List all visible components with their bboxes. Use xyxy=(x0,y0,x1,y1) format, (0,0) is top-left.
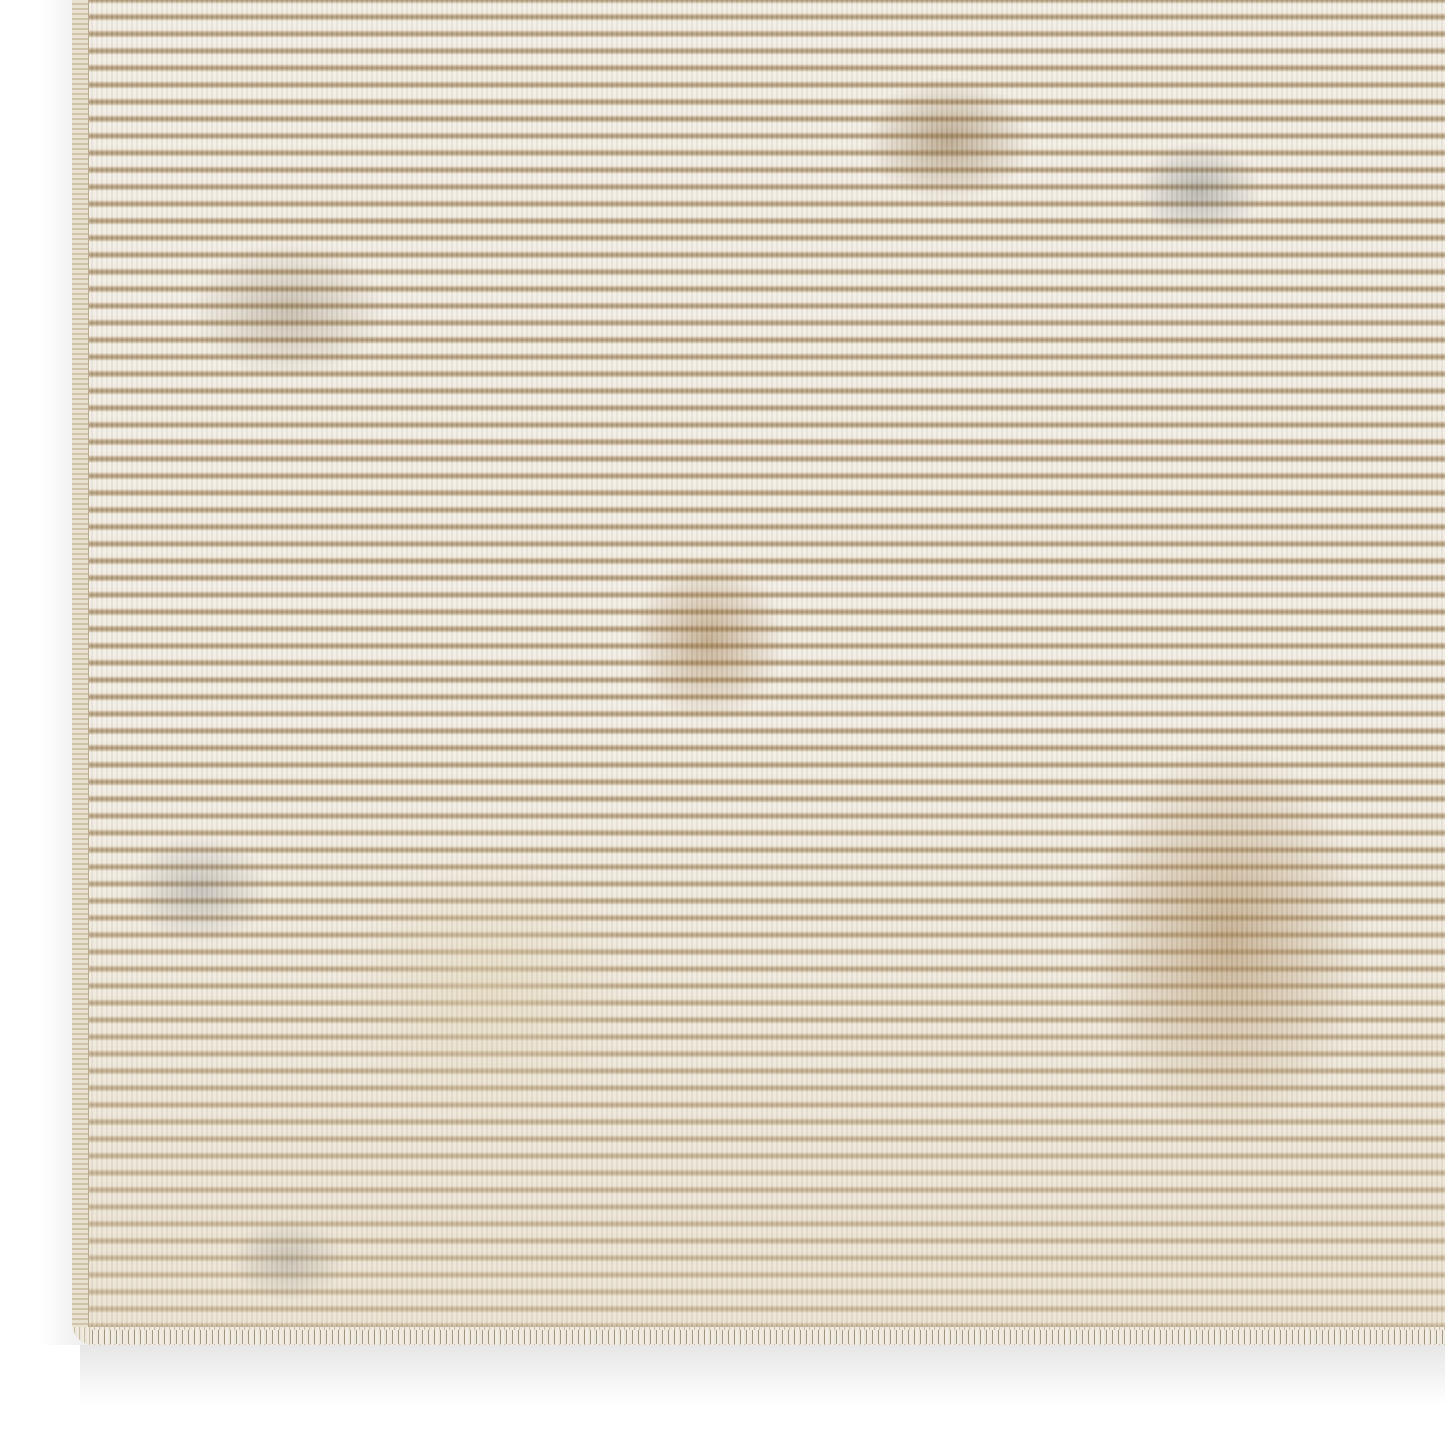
rug-fringe xyxy=(90,1330,1445,1344)
photo-background xyxy=(0,0,1445,1445)
rug-pile-pattern xyxy=(88,0,1445,1327)
rug-shadow-bottom xyxy=(80,1345,1445,1405)
rug-corner xyxy=(72,0,1445,1345)
rug-side-binding xyxy=(72,0,89,1345)
